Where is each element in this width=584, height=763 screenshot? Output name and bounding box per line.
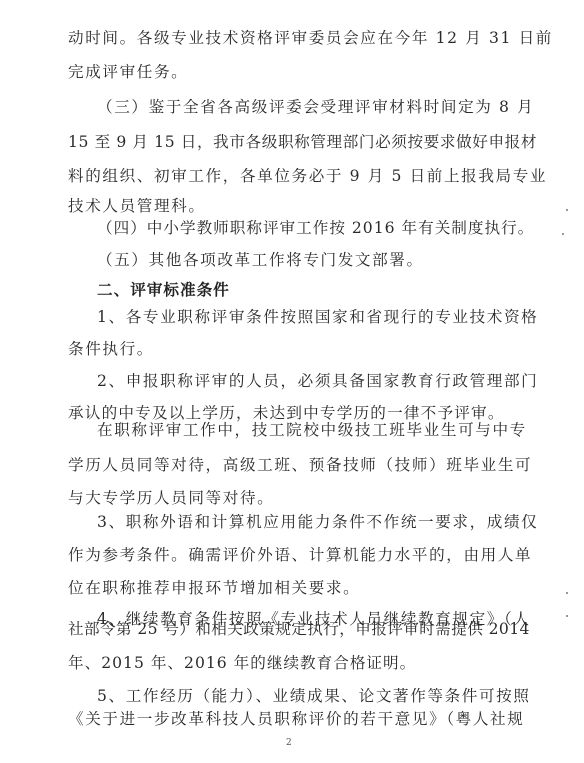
item-2-note-line-1: 在职称评审工作中，技工院校中级技工班毕业生可与中专 [97, 420, 504, 440]
paragraph-3-line-2: 15 至 9 月 15 日，我市各级职称管理部门必须按要求做好申报材 [68, 132, 504, 152]
paragraph-3-line-4: 技术人员管理科。 [68, 196, 504, 216]
paragraph-3-line-1: （三）鉴于全省各高级评委会受理评审材料时间定为 8 月 [97, 97, 504, 117]
page-number: 2 [286, 738, 292, 748]
item-3-line-2: 作为参考条件。确需评价外语、计算机能力水平的，由用人单 [68, 545, 504, 565]
paragraph-4: （四）中小学教师职称评审工作按 2016 年有关制度执行。 [97, 218, 504, 238]
item-2-note-line-3: 与大专学历人员同等对待。 [68, 488, 504, 508]
item-5-line-2: 《关于进一步改革科技人员职称评价的若干意见》（粤人社规 [68, 709, 504, 729]
scan-speck [562, 233, 564, 235]
item-3-line-3: 位在职称推荐申报环节增加相关要求。 [68, 578, 504, 598]
item-4-line-2: 社部令第 25 号）和相关政策规定执行，申报评审时需提供 2014 [68, 619, 504, 639]
item-5-line-1: 5、工作经历（能力）、业绩成果、论文著作等条件可按照 [97, 686, 504, 706]
paragraph-line-1: 动时间。各级专业技术资格评审委员会应在今年 12 月 31 日前 [68, 28, 504, 48]
paragraph-5: （五）其他各项改革工作将专门发文部署。 [97, 250, 504, 270]
scan-speck [566, 615, 568, 617]
item-4-line-3: 年、2015 年、2016 年的继续教育合格证明。 [68, 653, 504, 673]
paragraph-line-2: 完成评审任务。 [68, 62, 504, 82]
scan-speck [566, 592, 568, 594]
section-heading-2: 二、评审标准条件 [97, 280, 504, 300]
paragraph-3-line-3: 料的组织、初审工作，各单位务必于 9 月 5 日前上报我局专业 [68, 166, 504, 186]
document-page: 动时间。各级专业技术资格评审委员会应在今年 12 月 31 日前 完成评审任务。… [0, 0, 584, 763]
scan-speck [566, 209, 568, 211]
item-1-line-2: 条件执行。 [68, 339, 504, 359]
item-3-line-1: 3、职称外语和计算机应用能力条件不作统一要求，成绩仅 [97, 512, 504, 532]
item-1-line-1: 1、各专业职称评审条件按照国家和省现行的专业技术资格 [97, 307, 504, 327]
item-2-note-line-2: 学历人员同等对待，高级工班、预备技师（技师）班毕业生可 [68, 455, 504, 475]
item-2-line-1: 2、申报职称评审的人员，必须具备国家教育行政管理部门 [97, 371, 504, 391]
